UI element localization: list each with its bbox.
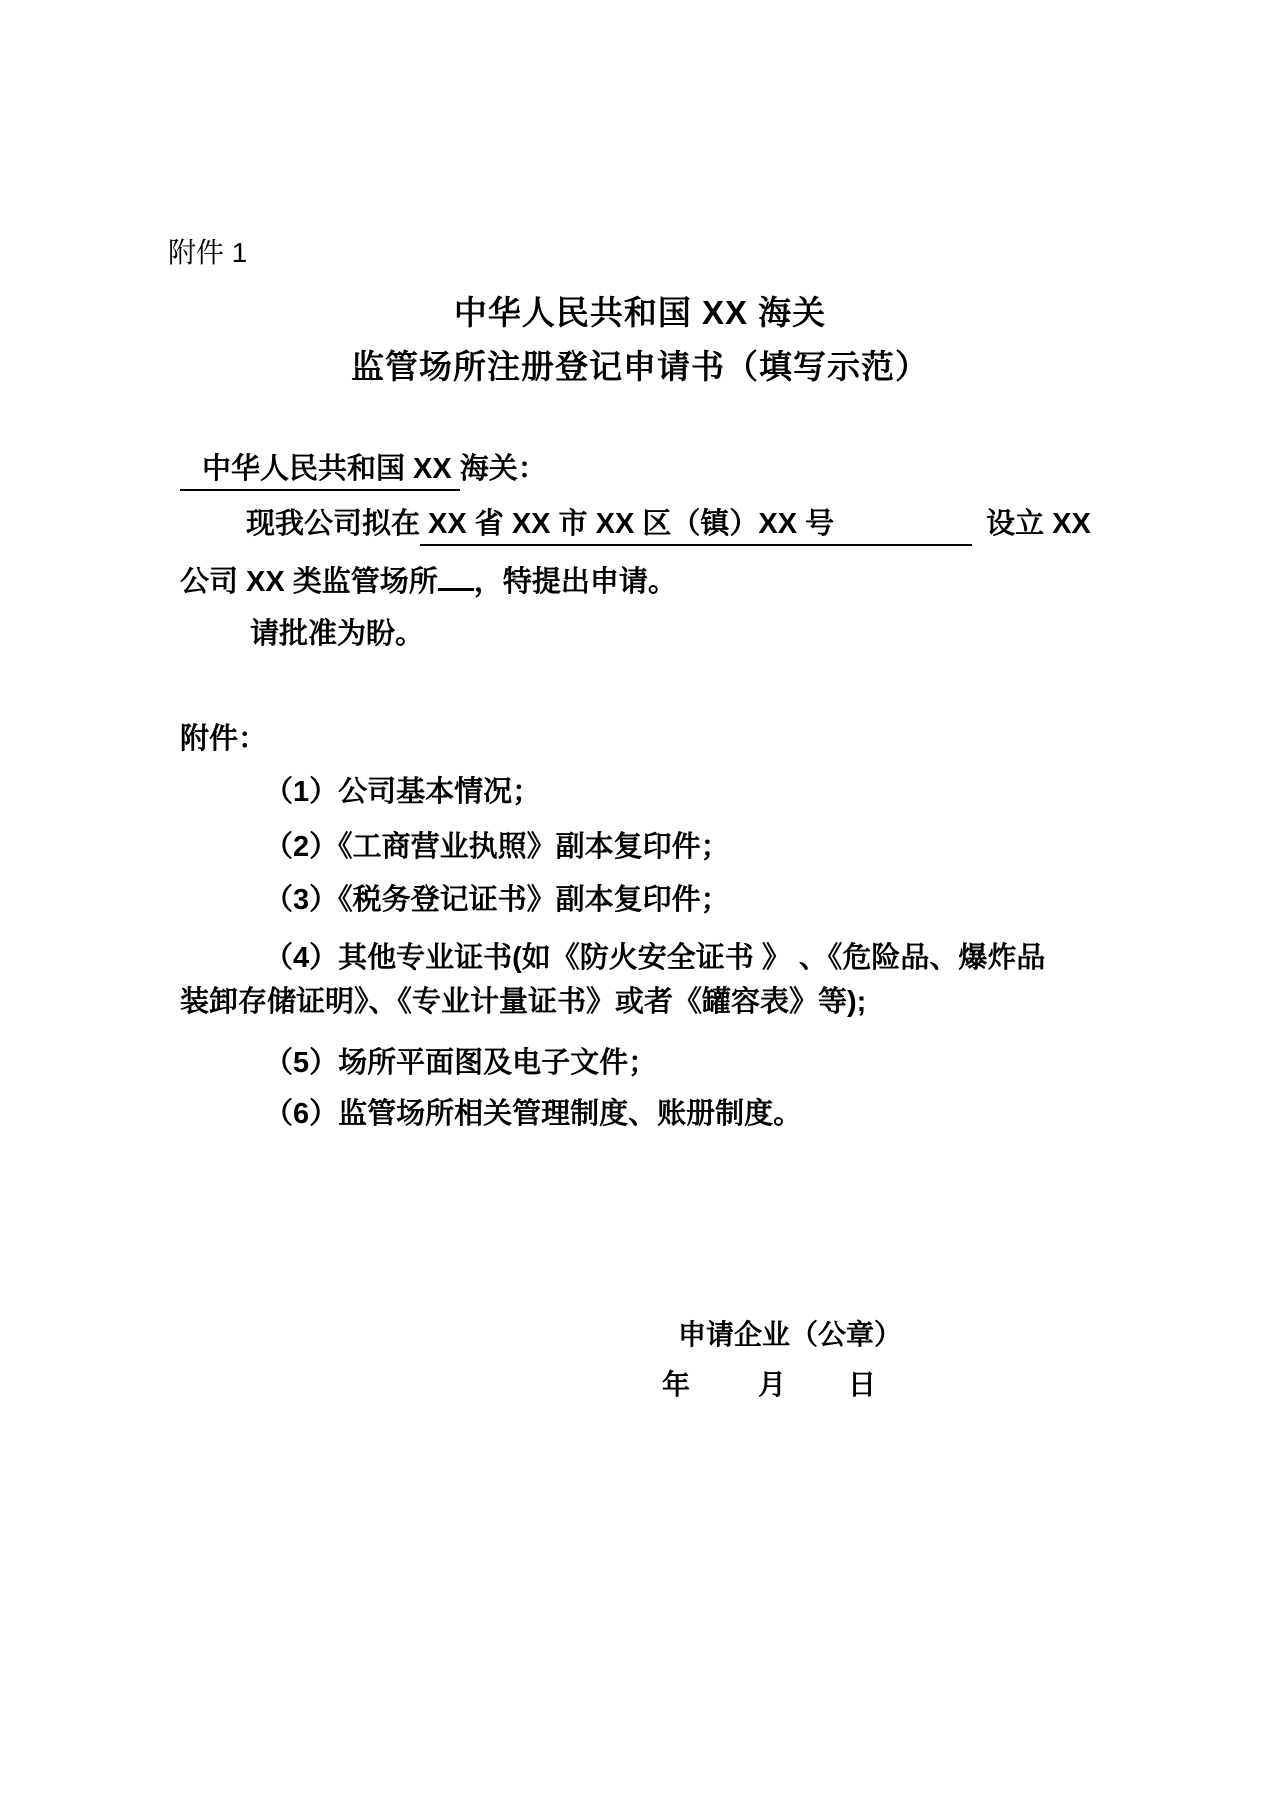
document-title-line1: 中华人民共和国 XX 海关 xyxy=(0,287,1280,334)
signature-company-seal-line: 申请企业（公章） xyxy=(678,1313,902,1353)
attachment-item-1: （1）公司基本情况； xyxy=(180,775,541,809)
para2-text: 请批准为盼。 xyxy=(250,618,424,650)
attachments-heading: 附件： xyxy=(180,722,267,756)
date-day-label: 日 xyxy=(848,1369,876,1400)
approval-request-line: 请批准为盼。 xyxy=(180,617,424,651)
signature-date-line: 年月日 xyxy=(662,1363,876,1403)
request-paragraph-line1: 现我公司拟在XX 省 XX 市 XX 区（镇）XX 号设立 XX xyxy=(180,507,1091,546)
address-underlined-blank: XX 省 XX 市 XX 区（镇）XX 号 xyxy=(420,507,972,546)
attachment-item-5: （5）场所平面图及电子文件； xyxy=(180,1046,657,1080)
date-year-label: 年 xyxy=(662,1369,690,1400)
document-title-line2: 监管场所注册登记申请书（填写示范） xyxy=(0,341,1280,388)
category-underline-blank xyxy=(438,562,474,591)
para1b-suffix-text: ，特提出申请。 xyxy=(474,566,677,598)
salutation-underlined-text: 中华人民共和国 XX xyxy=(180,452,460,491)
para1-prefix-text: 现我公司拟在 xyxy=(246,508,420,540)
para1-suffix-text: 设立 XX xyxy=(986,508,1091,540)
document-page: 附件 1 中华人民共和国 XX 海关 监管场所注册登记申请书（填写示范） 中华人… xyxy=(0,0,1280,1810)
attachment-item-4-line2: 装卸存储证明》、《专业计量证书》或者《罐容表》等); xyxy=(180,985,866,1019)
salutation-rest-text: 海关： xyxy=(460,453,547,485)
request-paragraph-line2: 公司 XX 类监管场所，特提出申请。 xyxy=(180,562,677,599)
para1b-prefix-text: 公司 XX 类监管场所 xyxy=(180,566,438,598)
attachment-item-2: （2）《工商营业执照》副本复印件； xyxy=(180,830,730,864)
attachment-item-6: （6）监管场所相关管理制度、账册制度。 xyxy=(180,1097,802,1131)
attachment-item-4-line1: （4）其他专业证书(如《防火安全证书 》 、《危险品、爆炸品 xyxy=(180,941,1045,975)
salutation-line: 中华人民共和国 XX海关： xyxy=(180,452,547,491)
attachment-item-3: （3）《税务登记证书》副本复印件； xyxy=(180,883,730,917)
date-month-label: 月 xyxy=(758,1369,786,1400)
attachment-number-label: 附件 1 xyxy=(168,231,247,271)
